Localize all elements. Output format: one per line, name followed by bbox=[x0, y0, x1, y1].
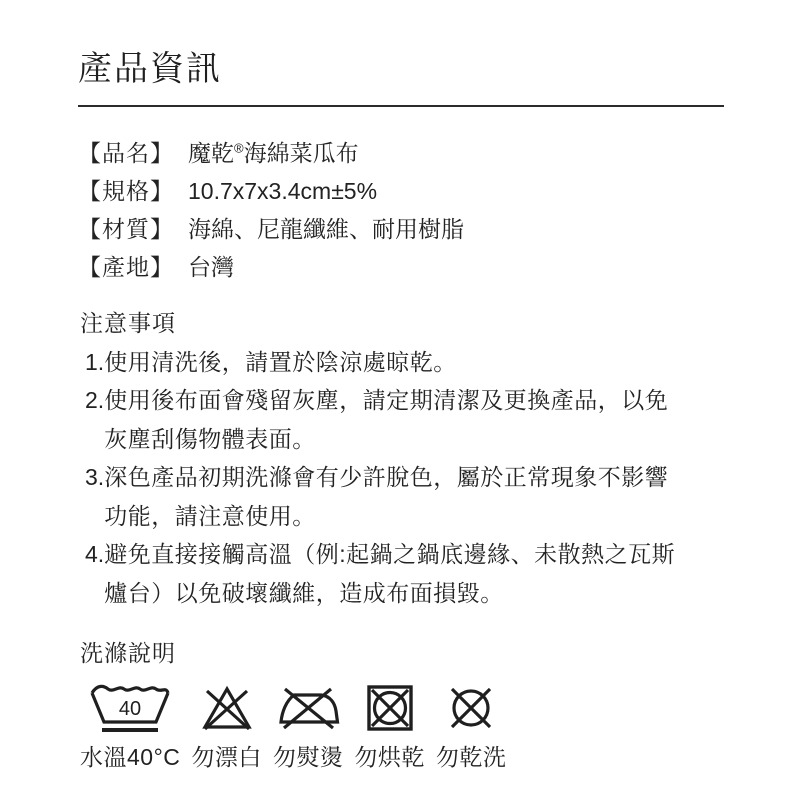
brand-name: 魔乾 bbox=[188, 140, 234, 166]
care-label: 勿乾洗 bbox=[436, 739, 507, 772]
care-item-no-tumble-dry: 勿烘乾 bbox=[354, 680, 425, 772]
note-text: 深色產品初期洗滌會有少許脫色，屬於正常現象不影響 功能，請注意使用。 bbox=[104, 458, 668, 535]
no-bleach-icon bbox=[198, 680, 256, 736]
spec-value: 10.7x7x3.4cm±5% bbox=[188, 172, 377, 210]
spec-label: 【規格】 bbox=[78, 172, 174, 210]
no-tumble-dry-icon bbox=[362, 680, 418, 736]
care-label: 勿熨燙 bbox=[273, 739, 344, 772]
care-label: 勿漂白 bbox=[191, 739, 262, 772]
notes-heading: 注意事項 bbox=[78, 304, 724, 343]
spec-label: 【品名】 bbox=[78, 134, 174, 172]
spec-value: 台灣 bbox=[188, 248, 234, 286]
note-text: 使用清洗後，請置於陰涼處晾乾。 bbox=[104, 343, 457, 382]
spec-row-origin: 【產地】 台灣 bbox=[78, 248, 724, 286]
care-item-wash-40: 40 水溫40°C bbox=[80, 680, 180, 772]
care-item-no-bleach: 勿漂白 bbox=[191, 680, 262, 772]
note-item: 4.避免直接接觸高溫（例:起鍋之鍋底邊緣、未散熱之瓦斯 爐台）以免破壞纖維，造成… bbox=[78, 535, 724, 612]
care-heading: 洗滌說明 bbox=[78, 635, 724, 668]
product-info-page: 產品資訊 【品名】 魔乾®海綿菜瓜布 【規格】 10.7x7x3.4cm±5% … bbox=[0, 0, 800, 800]
page-header: 產品資訊 bbox=[78, 50, 724, 107]
svg-text:40: 40 bbox=[119, 698, 141, 720]
spec-row-dimensions: 【規格】 10.7x7x3.4cm±5% bbox=[78, 172, 724, 210]
care-label: 水溫40°C bbox=[80, 739, 180, 772]
spec-row-material: 【材質】 海綿、尼龍纖維、耐用樹脂 bbox=[78, 210, 724, 248]
no-iron-icon bbox=[276, 680, 340, 736]
care-item-no-iron: 勿熨燙 bbox=[273, 680, 344, 772]
note-text: 使用後布面會殘留灰塵，請定期清潔及更換產品，以免 灰塵刮傷物體表面。 bbox=[104, 381, 668, 458]
spec-value: 魔乾®海綿菜瓜布 bbox=[188, 134, 359, 172]
note-number: 4. bbox=[85, 535, 104, 612]
note-number: 1. bbox=[85, 343, 104, 382]
no-dry-clean-icon bbox=[443, 680, 499, 736]
note-item: 2.使用後布面會殘留灰塵，請定期清潔及更換產品，以免 灰塵刮傷物體表面。 bbox=[78, 381, 724, 458]
page-title: 產品資訊 bbox=[78, 50, 724, 88]
note-number: 3. bbox=[85, 458, 104, 535]
notes-section: 注意事項 1.使用清洗後，請置於陰涼處晾乾。 2.使用後布面會殘留灰塵，請定期清… bbox=[78, 304, 724, 612]
care-label: 勿烘乾 bbox=[354, 739, 425, 772]
care-section: 洗滌說明 40 水溫40°C 勿漂白 bbox=[78, 635, 724, 772]
note-item: 1.使用清洗後，請置於陰涼處晾乾。 bbox=[78, 343, 724, 382]
spec-value: 海綿、尼龍纖維、耐用樹脂 bbox=[188, 210, 464, 248]
registered-trademark-symbol: ® bbox=[234, 140, 244, 155]
product-name: 海綿菜瓜布 bbox=[244, 140, 359, 166]
note-item: 3.深色產品初期洗滌會有少許脫色，屬於正常現象不影響 功能，請注意使用。 bbox=[78, 458, 724, 535]
wash-40-icon: 40 bbox=[87, 680, 173, 736]
spec-row-product-name: 【品名】 魔乾®海綿菜瓜布 bbox=[78, 134, 724, 172]
care-icon-row: 40 水溫40°C 勿漂白 勿熨燙 bbox=[78, 680, 724, 772]
note-text: 避免直接接觸高溫（例:起鍋之鍋底邊緣、未散熱之瓦斯 爐台）以免破壞纖維，造成布面… bbox=[104, 535, 675, 612]
spec-label: 【產地】 bbox=[78, 248, 174, 286]
spec-list: 【品名】 魔乾®海綿菜瓜布 【規格】 10.7x7x3.4cm±5% 【材質】 … bbox=[78, 134, 724, 286]
care-item-no-dry-clean: 勿乾洗 bbox=[436, 680, 507, 772]
note-number: 2. bbox=[85, 381, 104, 458]
spec-label: 【材質】 bbox=[78, 210, 174, 248]
